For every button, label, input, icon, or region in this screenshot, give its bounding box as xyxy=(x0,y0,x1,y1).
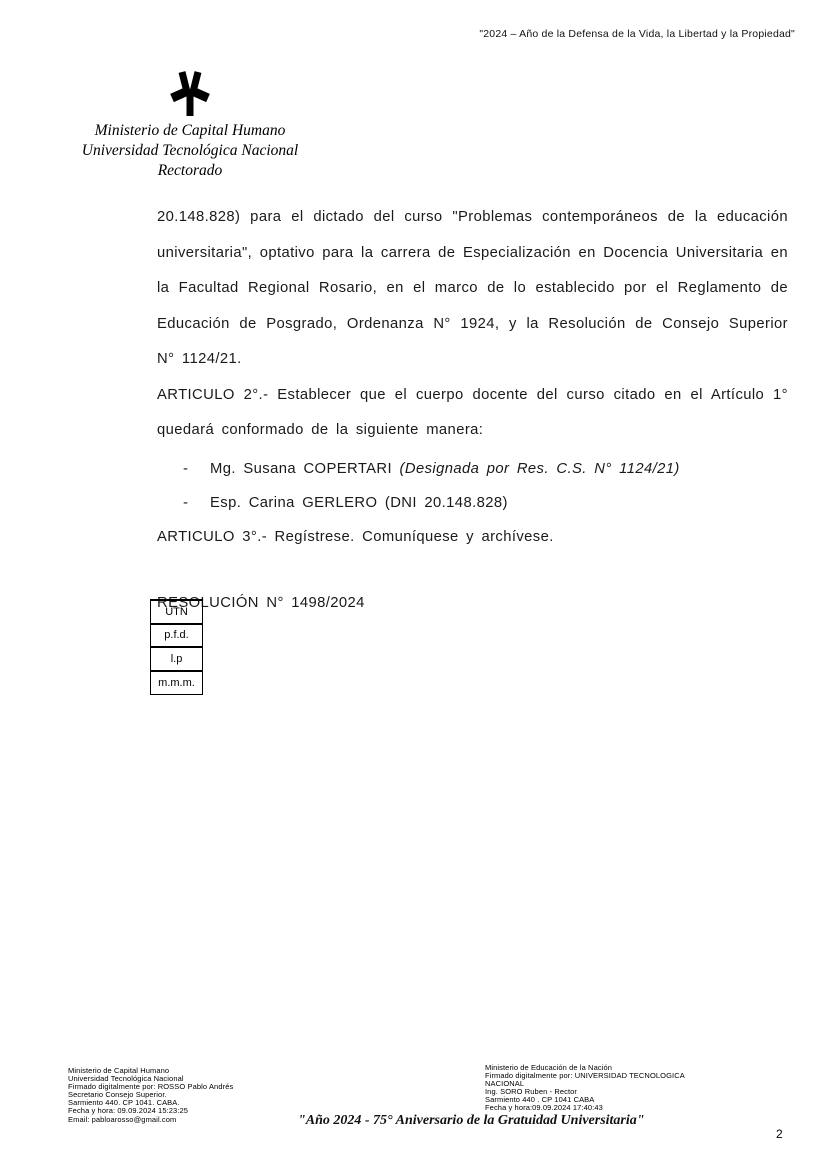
initials-cell: l.p xyxy=(151,647,203,671)
table-row: p.f.d. xyxy=(151,624,203,648)
initials-cell: p.f.d. xyxy=(151,624,203,648)
letterhead-university: Universidad Tecnológica Nacional xyxy=(40,141,340,161)
signature-line: Fecha y hora:09.09.2024 17:40:43 xyxy=(485,1104,735,1112)
letterhead: Ministerio de Capital Humano Universidad… xyxy=(40,70,340,181)
table-row: m.m.m. xyxy=(151,671,203,695)
docente-name: Esp. Carina GERLERO (DNI 20.148.828) xyxy=(210,495,508,511)
utn-gear-logo-icon xyxy=(170,70,210,117)
signature-line: Email: pabloarosso@gmail.com xyxy=(68,1116,233,1124)
initials-cell: m.m.m. xyxy=(151,671,203,695)
docente-name: Mg. Susana COPERTARI xyxy=(210,461,400,477)
resolution-number: RESOLUCIÓN N° 1498/2024 xyxy=(157,586,788,622)
docente-list-item: -Esp. Carina GERLERO (DNI 20.148.828) xyxy=(157,486,788,520)
page-number: 2 xyxy=(776,1127,783,1141)
header-year-quote: "2024 – Año de la Defensa de la Vida, la… xyxy=(479,28,795,40)
docente-designation-note: (Designada por Res. C.S. N° 1124/21) xyxy=(400,461,680,477)
initials-table: UTN p.f.d. l.p m.m.m. xyxy=(150,599,203,695)
document-page: "2024 – Año de la Defensa de la Vida, la… xyxy=(0,0,827,1169)
table-row: UTN xyxy=(151,600,203,624)
list-dash: - xyxy=(183,486,188,520)
letterhead-ministry: Ministerio de Capital Humano xyxy=(40,121,340,141)
paragraph-article3: ARTICULO 3°.- Regístrese. Comuníquese y … xyxy=(157,520,788,556)
resolution-body: 20.148.828) para el dictado del curso "P… xyxy=(157,200,788,622)
paragraph-article2: ARTICULO 2°.- Establecer que el cuerpo d… xyxy=(157,378,788,449)
signature-block-right: Ministerio de Educación de la Nación Fir… xyxy=(485,1064,735,1113)
list-dash: - xyxy=(183,452,188,486)
letterhead-rectorado: Rectorado xyxy=(40,161,340,181)
anniversary-quote: "Año 2024 - 75° Aniversario de la Gratui… xyxy=(298,1113,645,1129)
signature-block-left: Ministerio de Capital Humano Universidad… xyxy=(68,1067,233,1124)
docente-list-item: -Mg. Susana COPERTARI (Designada por Res… xyxy=(157,452,788,486)
paragraph-article1-continuation: 20.148.828) para el dictado del curso "P… xyxy=(157,200,788,378)
initials-cell: UTN xyxy=(151,600,203,624)
table-row: l.p xyxy=(151,647,203,671)
